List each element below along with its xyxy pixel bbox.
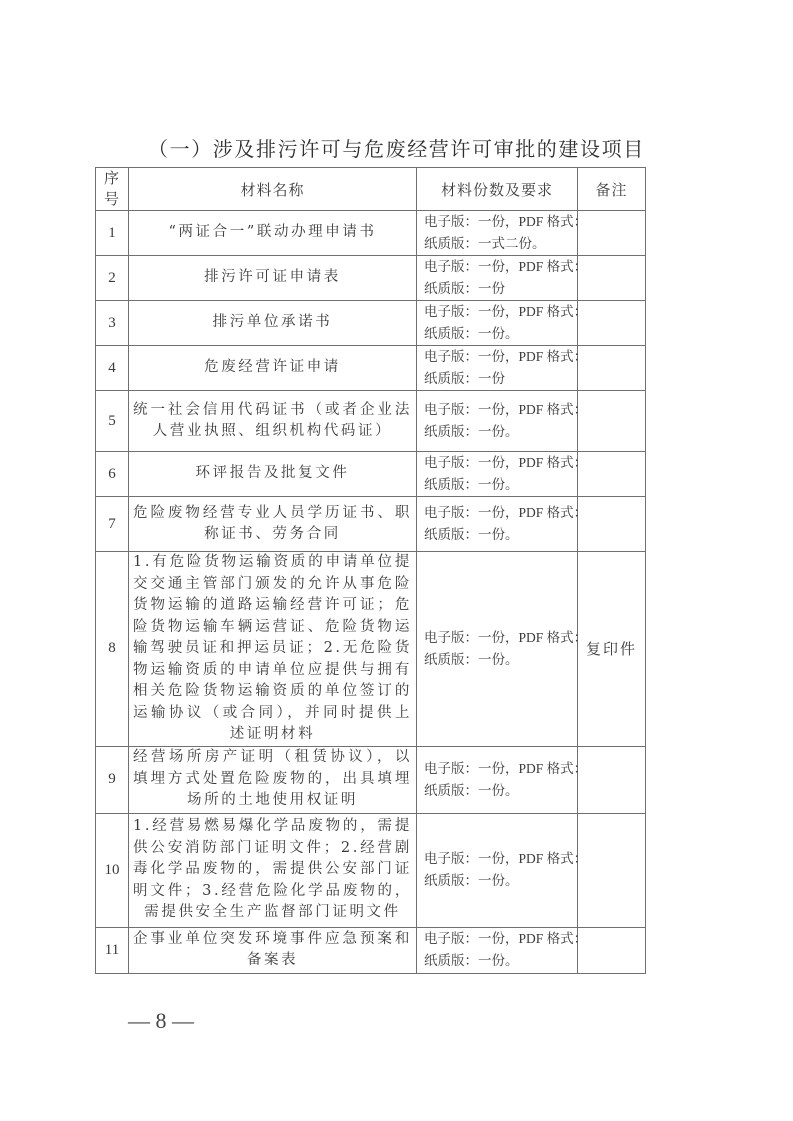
header-requirement: 材料份数及要求 xyxy=(417,168,578,211)
row-number: 9 xyxy=(96,746,129,813)
material-name: 排污许可证申请表 xyxy=(129,256,417,301)
material-requirement: 电子版：一份，PDF 格式：纸质版：一份。 xyxy=(417,301,578,346)
material-name: 经营场所房产证明（租赁协议），以填埋方式处置危险废物的，出具填埋场所的土地使用权… xyxy=(129,746,417,813)
material-note xyxy=(578,211,646,256)
row-number: 7 xyxy=(96,497,129,552)
row-number: 4 xyxy=(96,346,129,391)
row-number: 2 xyxy=(96,256,129,301)
material-name: 企事业单位突发环境事件应急预案和备案表 xyxy=(129,927,417,973)
material-note: 复印件 xyxy=(578,552,646,747)
table-row: 9 经营场所房产证明（租赁协议），以填埋方式处置危险废物的，出具填埋场所的土地使… xyxy=(96,746,646,813)
table-row: 1 “两证合一”联动办理申请书 电子版：一份，PDF 格式：纸质版：一式二份。 xyxy=(96,211,646,256)
table-header-row: 序号 材料名称 材料份数及要求 备注 xyxy=(96,168,646,211)
table-row: 2 排污许可证申请表 电子版：一份，PDF 格式：纸质版：一份 xyxy=(96,256,646,301)
material-name: 1.经营易燃易爆化学品废物的，需提供公安消防部门证明文件；2.经营剧毒化学品废物… xyxy=(129,813,417,927)
material-name: “两证合一”联动办理申请书 xyxy=(129,211,417,256)
row-number: 6 xyxy=(96,452,129,497)
material-note xyxy=(578,927,646,973)
section-heading: （一）涉及排污许可与危废经营许可审批的建设项目 xyxy=(148,133,668,162)
material-requirement: 电子版：一份，PDF 格式：纸质版：一份 xyxy=(417,256,578,301)
material-requirement: 电子版：一份，PDF 格式：纸质版：一份。 xyxy=(417,552,578,747)
material-requirement: 电子版：一份，PDF 格式：纸质版：一份。 xyxy=(417,497,578,552)
table-row: 6 环评报告及批复文件 电子版：一份，PDF 格式：纸质版：一份。 xyxy=(96,452,646,497)
row-number: 11 xyxy=(96,927,129,973)
material-name: 统一社会信用代码证书（或者企业法人营业执照、组织机构代码证） xyxy=(129,391,417,452)
material-name: 1.有危险货物运输资质的申请单位提交交通主管部门颁发的允许从事危险货物运输的道路… xyxy=(129,552,417,747)
material-requirement: 电子版：一份，PDF 格式：纸质版：一份。 xyxy=(417,813,578,927)
material-name: 排污单位承诺书 xyxy=(129,301,417,346)
material-requirement: 电子版：一份，PDF 格式：纸质版：一份。 xyxy=(417,452,578,497)
material-name: 环评报告及批复文件 xyxy=(129,452,417,497)
material-requirement: 电子版：一份，PDF 格式：纸质版：一份。 xyxy=(417,927,578,973)
row-number: 8 xyxy=(96,552,129,747)
material-note xyxy=(578,813,646,927)
table-row: 7 危险废物经营专业人员学历证书、职称证书、劳务合同 电子版：一份，PDF 格式… xyxy=(96,497,646,552)
material-note xyxy=(578,497,646,552)
header-note: 备注 xyxy=(578,168,646,211)
materials-table: 序号 材料名称 材料份数及要求 备注 1 “两证合一”联动办理申请书 电子版：一… xyxy=(95,167,646,974)
table-row: 3 排污单位承诺书 电子版：一份，PDF 格式：纸质版：一份。 xyxy=(96,301,646,346)
row-number: 10 xyxy=(96,813,129,927)
material-requirement: 电子版：一份，PDF 格式：纸质版：一式二份。 xyxy=(417,211,578,256)
material-note xyxy=(578,391,646,452)
material-name: 危废经营许证申请 xyxy=(129,346,417,391)
material-note xyxy=(578,346,646,391)
row-number: 1 xyxy=(96,211,129,256)
header-serial-number: 序号 xyxy=(96,168,129,211)
material-note xyxy=(578,256,646,301)
material-requirement: 电子版：一份，PDF 格式：纸质版：一份。 xyxy=(417,391,578,452)
table-row: 5 统一社会信用代码证书（或者企业法人营业执照、组织机构代码证） 电子版：一份，… xyxy=(96,391,646,452)
material-requirement: 电子版：一份，PDF 格式：纸质版：一份 xyxy=(417,346,578,391)
material-name: 危险废物经营专业人员学历证书、职称证书、劳务合同 xyxy=(129,497,417,552)
material-requirement: 电子版：一份，PDF 格式：纸质版：一份。 xyxy=(417,746,578,813)
table-row: 8 1.有危险货物运输资质的申请单位提交交通主管部门颁发的允许从事危险货物运输的… xyxy=(96,552,646,747)
page-number: — 8 — xyxy=(128,1008,194,1034)
row-number: 5 xyxy=(96,391,129,452)
row-number: 3 xyxy=(96,301,129,346)
table-row: 11 企事业单位突发环境事件应急预案和备案表 电子版：一份，PDF 格式：纸质版… xyxy=(96,927,646,973)
header-material-name: 材料名称 xyxy=(129,168,417,211)
material-note xyxy=(578,301,646,346)
material-note xyxy=(578,746,646,813)
table-row: 10 1.经营易燃易爆化学品废物的，需提供公安消防部门证明文件；2.经营剧毒化学… xyxy=(96,813,646,927)
table-row: 4 危废经营许证申请 电子版：一份，PDF 格式：纸质版：一份 xyxy=(96,346,646,391)
material-note xyxy=(578,452,646,497)
